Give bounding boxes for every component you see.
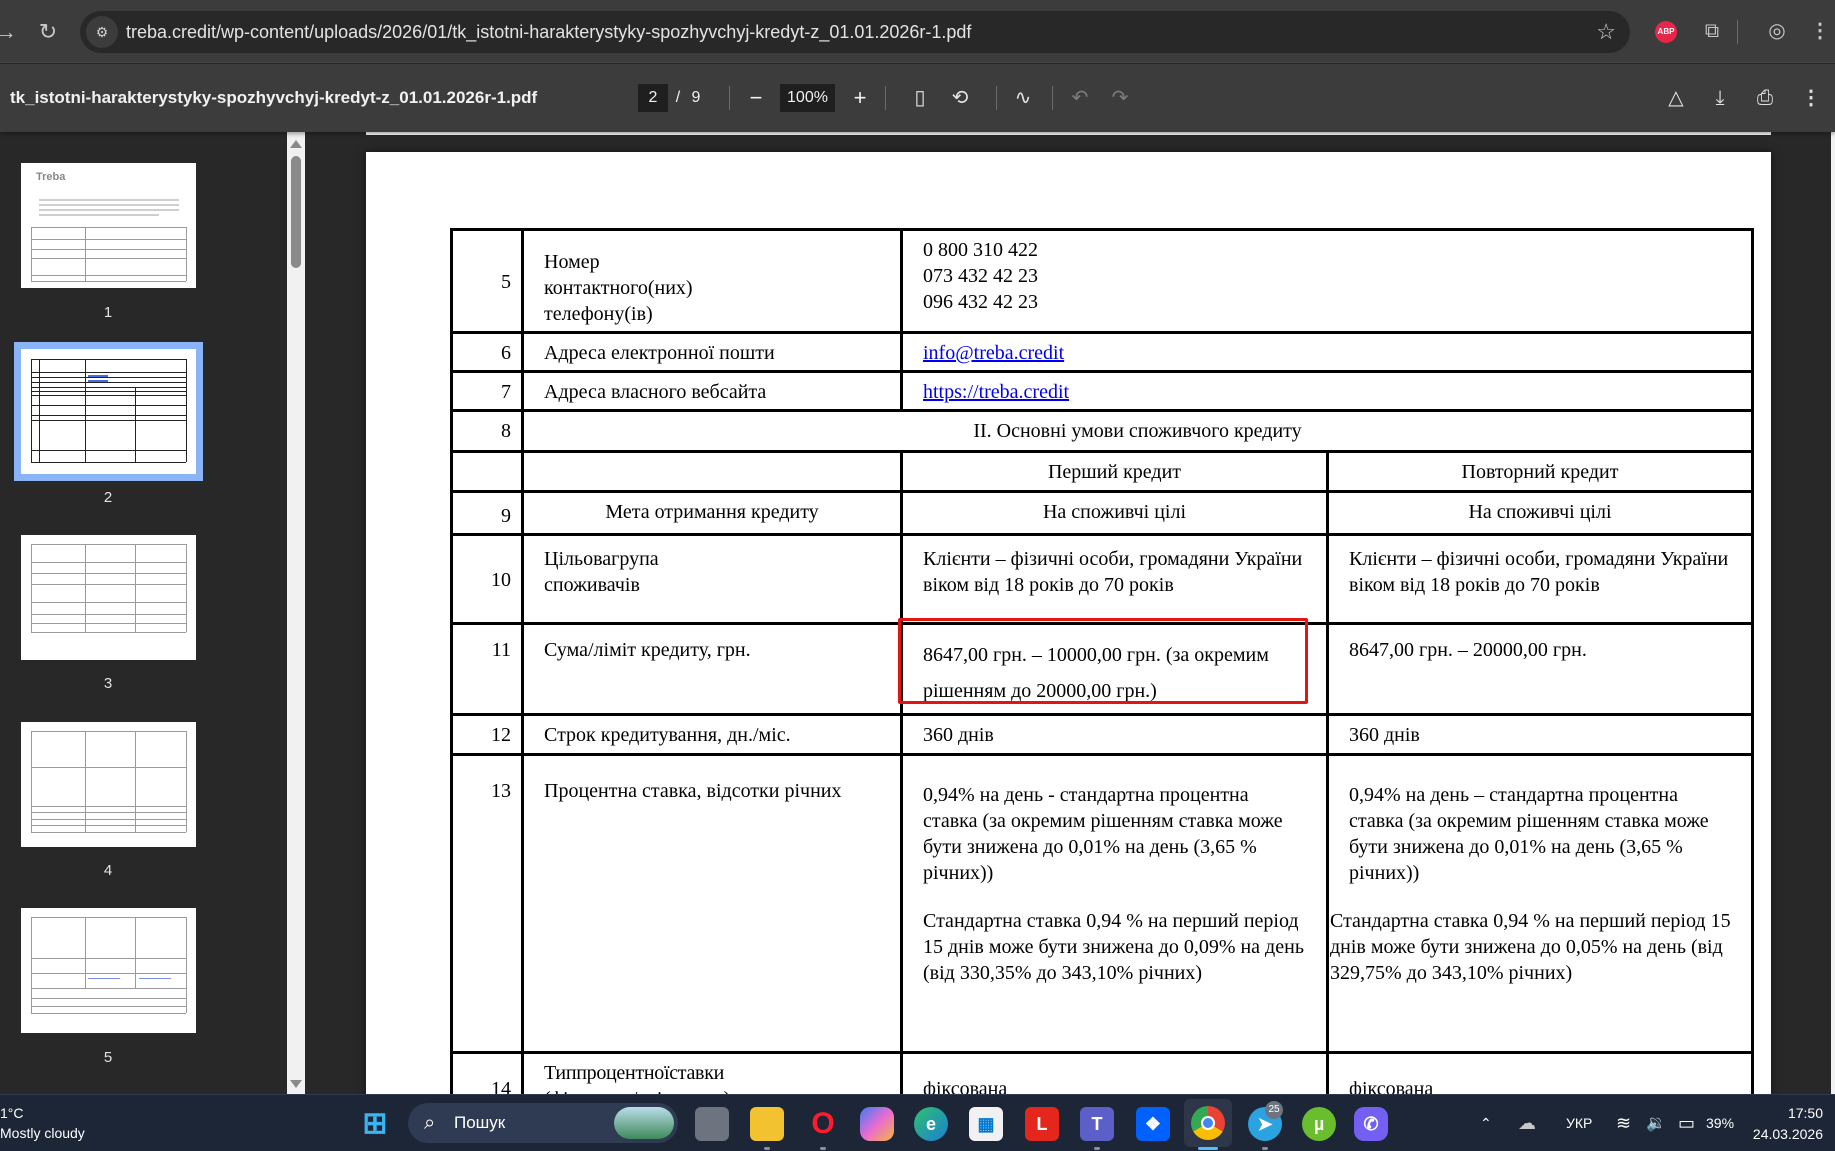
first-credit-rate-note: Стандартна ставка 0,94 % на перший періо… (923, 908, 1306, 986)
browser-menu-icon[interactable]: ⋮ (1808, 16, 1832, 46)
thumbnail-sidebar: Treba 1 2 (0, 132, 287, 1094)
scroll-down-arrow-icon[interactable] (290, 1080, 302, 1088)
toolbar-divider (996, 86, 997, 110)
total-pages: 9 (686, 84, 706, 112)
table-row: 5 Номер контактного(них) телефону(ів) 0 … (452, 230, 1753, 333)
thumbnail-page-4[interactable] (21, 722, 196, 847)
column-header-repeat-credit: Повторний кредит (1328, 452, 1753, 492)
row-label: Номер контактного(них) телефону(ів) (523, 230, 902, 333)
dropbox-icon[interactable]: ❖ (1136, 1107, 1170, 1141)
reload-icon[interactable]: ↻ (32, 16, 64, 48)
row-number: 9 (452, 492, 523, 535)
print-icon[interactable]: ⎙ (1750, 83, 1780, 113)
tray-overflow-chevron-icon[interactable]: ⌃ (1480, 1095, 1500, 1151)
battery-icon[interactable]: ▭ (1678, 1095, 1695, 1151)
first-credit-rate-type: фіксована (902, 1053, 1328, 1095)
row-number: 8 (452, 411, 523, 452)
bookmark-star-icon[interactable]: ☆ (1596, 11, 1616, 53)
forward-icon[interactable]: → (0, 16, 22, 48)
viber-icon[interactable]: ✆ (1354, 1107, 1388, 1141)
row-label: Адреса власного вебсайта (523, 372, 902, 411)
row-number: 5 (452, 230, 523, 333)
toolbar-divider (729, 86, 730, 110)
weather-widget[interactable]: 1°C Mostly cloudy (0, 1103, 85, 1143)
lastpass-l-icon[interactable]: L (1025, 1107, 1059, 1141)
profile-avatar-icon[interactable]: ◎ (1762, 16, 1792, 46)
toolbar-divider (1737, 20, 1738, 44)
website-link[interactable]: https://treba.credit (923, 381, 1069, 403)
annotate-draw-icon[interactable]: ∿ (1008, 83, 1038, 113)
repeat-credit-rate: 0,94% на день – стандартна процентна ста… (1349, 782, 1731, 886)
taskbar-search[interactable]: ⌕ Пошук (408, 1103, 678, 1143)
table-header-row: Перший кредит Повторний кредит (452, 452, 1753, 492)
redo-icon[interactable]: ↷ (1105, 83, 1135, 113)
row-label: Сума/ліміт кредиту, грн. (523, 624, 902, 715)
table-row: 7 Адреса власного вебсайта https://treba… (452, 372, 1753, 411)
undo-icon[interactable]: ↶ (1065, 83, 1095, 113)
wifi-icon[interactable]: ≋ (1616, 1095, 1631, 1151)
sidebar-scrollbar-thumb[interactable] (291, 156, 301, 268)
repeat-credit-value: Клієнти – фізичні особи, громадяни Украї… (1328, 535, 1753, 624)
thumbnail-label: 4 (0, 862, 216, 879)
microsoft-store-icon[interactable]: ▦ (969, 1107, 1003, 1141)
row-label: Цільовагрупа споживачів (523, 535, 902, 624)
first-credit-rate: 0,94% на день - стандартна процентна ста… (923, 782, 1306, 886)
thumbnail-label: 1 (0, 304, 216, 321)
battery-percent: 39% (1706, 1095, 1734, 1151)
search-placeholder: Пошук (454, 1103, 505, 1143)
email-link[interactable]: info@treba.credit (923, 342, 1064, 364)
previous-page-edge (366, 132, 1771, 135)
volume-icon[interactable]: 🔉 (1646, 1095, 1666, 1151)
repeat-credit-value: На споживчі цілі (1328, 492, 1753, 535)
windows-taskbar: 1°C Mostly cloudy ⊞ ⌕ Пошук O e ▦ L T ❖ … (0, 1094, 1835, 1151)
row-number: 12 (452, 715, 523, 755)
site-info-icon[interactable]: ⚙ (86, 16, 118, 48)
rotate-icon[interactable]: ⟲ (945, 83, 975, 113)
first-credit-term: 360 днів (902, 715, 1328, 755)
toolbar-divider (1052, 86, 1053, 110)
row-number: 11 (452, 624, 523, 715)
weather-temp: 1°C (0, 1103, 85, 1123)
phone-numbers: 0 800 310 422 073 432 42 23 096 432 42 2… (902, 230, 1753, 333)
teams-icon[interactable]: T (1080, 1107, 1114, 1141)
pdf-page-2: 5 Номер контактного(них) телефону(ів) 0 … (366, 152, 1771, 1094)
section-heading: II. Основні умови споживчого кредиту (523, 411, 1753, 452)
clock-time: 17:50 (1753, 1103, 1823, 1124)
row-label: Строк кредитування, дн./міс. (523, 715, 902, 755)
highlight-annotation (898, 618, 1308, 704)
windows-start-icon[interactable]: ⊞ (358, 1107, 392, 1141)
adblock-plus-icon[interactable]: ABP (1655, 21, 1677, 43)
search-highlight-image (614, 1107, 674, 1139)
zoom-level-input[interactable]: 100% (780, 84, 835, 112)
document-title: tk_istotni-harakterystyky-spozhyvchyj-kr… (10, 64, 537, 132)
sidebar-scrollbar[interactable] (287, 132, 305, 1094)
zoom-in-button[interactable]: + (845, 84, 875, 112)
drive-save-icon[interactable]: △ (1661, 83, 1691, 113)
fit-page-icon[interactable]: ▯ (905, 83, 935, 113)
thumbnail-label: 2 (0, 489, 216, 506)
running-indicator (1262, 1147, 1268, 1150)
row-label: Адреса електронної пошти (523, 333, 902, 372)
repeat-credit-amount: 8647,00 грн. – 20000,00 грн. (1328, 624, 1753, 715)
chrome-active-tile[interactable] (1184, 1099, 1232, 1147)
thumbnail-page-2[interactable] (21, 349, 196, 474)
scroll-up-arrow-icon[interactable] (290, 140, 302, 148)
thumbnail-page-3[interactable] (21, 535, 196, 660)
repeat-credit-term: 360 днів (1328, 715, 1753, 755)
onedrive-cloud-icon[interactable]: ☁ (1518, 1095, 1542, 1151)
file-explorer-icon[interactable] (750, 1107, 784, 1141)
row-label: Мета отримання кредиту (523, 492, 902, 535)
telegram-badge: 25 (1265, 1101, 1283, 1119)
thumbnail-page-5[interactable] (21, 908, 196, 1033)
row-number: 13 (452, 755, 523, 1053)
table-row: 13 Процентна ставка, відсотки річних 0,9… (452, 755, 1753, 1053)
table-row: 8 II. Основні умови споживчого кредиту (452, 411, 1753, 452)
row-label: Типпроцентноїставки (фіксована/змінювана… (523, 1053, 902, 1095)
repeat-credit-rate-type: фіксована (1328, 1053, 1753, 1095)
row-number: 14 (452, 1053, 523, 1095)
page-number-input[interactable]: 2 (638, 84, 668, 112)
running-indicator (1094, 1147, 1100, 1150)
thumbnail-label: 3 (0, 675, 216, 692)
row-number: 7 (452, 372, 523, 411)
page-separator: / (670, 84, 686, 112)
viewer-scrollbar[interactable] (1831, 132, 1835, 1094)
active-app-indicator (1198, 1147, 1218, 1150)
task-view-icon[interactable] (695, 1107, 729, 1141)
url-text[interactable]: treba.credit/wp-content/uploads/2026/01/… (126, 11, 971, 53)
zoom-out-button[interactable]: − (741, 84, 771, 112)
first-credit-value: Клієнти – фізичні особи, громадяни Украї… (902, 535, 1328, 624)
utorrent-icon[interactable]: µ (1302, 1107, 1336, 1141)
running-indicator (820, 1147, 826, 1150)
thumbnail-label: 5 (0, 1049, 216, 1066)
search-icon: ⌕ (424, 1103, 435, 1143)
table-row: 12 Строк кредитування, дн./міс. 360 днів… (452, 715, 1753, 755)
treba-logo: Treba (36, 171, 65, 183)
column-header-first-credit: Перший кредит (902, 452, 1328, 492)
row-label: Процентна ставка, відсотки річних (523, 755, 902, 1053)
clock-date: 24.03.2026 (1753, 1124, 1823, 1145)
repeat-credit-rate-note: Стандартна ставка 0,94 % на перший періо… (1330, 908, 1731, 986)
edge-icon[interactable]: e (914, 1107, 948, 1141)
extensions-puzzle-icon[interactable]: ⧉ (1697, 16, 1727, 46)
chrome-icon (1191, 1106, 1225, 1140)
browser-toolbar: → ↻ ⚙ treba.credit/wp-content/uploads/20… (0, 0, 1835, 63)
first-credit-value: На споживчі цілі (902, 492, 1328, 535)
address-bar[interactable]: ⚙ treba.credit/wp-content/uploads/2026/0… (80, 11, 1630, 53)
opera-icon[interactable]: O (806, 1107, 840, 1141)
thumbnail-page-1[interactable]: Treba (21, 163, 196, 288)
running-indicator (764, 1147, 770, 1150)
copilot-icon[interactable] (860, 1107, 894, 1141)
row-number: 6 (452, 333, 523, 372)
table-row: 6 Адреса електронної пошти info@treba.cr… (452, 333, 1753, 372)
row-number: 10 (452, 535, 523, 624)
download-icon[interactable]: ⤓ (1705, 83, 1735, 113)
pdf-toolbar: tk_istotni-harakterystyky-spozhyvchyj-kr… (0, 64, 1835, 132)
table-row: 14 Типпроцентноїставки (фіксована/змінюв… (452, 1053, 1753, 1095)
table-row: 9 Мета отримання кредиту На споживчі ціл… (452, 492, 1753, 535)
toolbar-divider (885, 86, 886, 110)
pdf-viewer[interactable]: 5 Номер контактного(них) телефону(ів) 0 … (305, 132, 1831, 1094)
table-row: 10 Цільовагрупа споживачів Клієнти – фіз… (452, 535, 1753, 624)
language-indicator[interactable]: УКР (1566, 1095, 1592, 1151)
more-actions-icon[interactable]: ⋮ (1796, 83, 1826, 113)
system-clock[interactable]: 17:50 24.03.2026 (1753, 1103, 1823, 1145)
weather-desc: Mostly cloudy (0, 1123, 85, 1143)
